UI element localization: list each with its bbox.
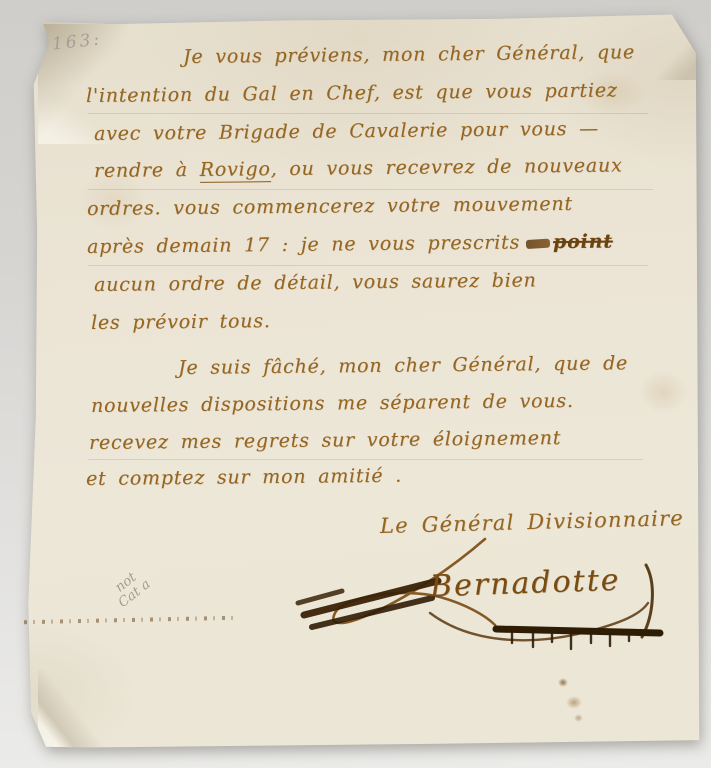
guide-line [88,113,648,114]
underlined-place-name: Rovigo [200,158,271,183]
folded-corner-crease [38,670,158,765]
line4-suffix: , ou vous recevrez de nouveaux [271,154,623,180]
letter-line-8: les prévoir tous. [91,310,271,334]
guide-line [88,189,653,190]
line4-prefix: rendre à [94,159,200,182]
signature-text: Bernadotte [429,563,621,605]
letter-line-12: et comptez sur mon amitié . [86,465,402,490]
foxing-stain [638,370,688,414]
letter-line-9: Je suis fâché, mon cher Général, que de [178,352,628,379]
ink-spot [558,678,568,687]
crossed-out-blot [526,238,551,248]
guide-line [88,459,643,460]
ink-spot [566,696,582,709]
clipped-corner-shade [640,22,696,80]
letter-line-7: aucun ordre de détail, vous saurez bien [94,269,537,296]
struck-word: point [553,230,613,253]
guide-line [88,265,648,266]
photo-of-letter: Je vous préviens, mon cher Général, que … [0,0,711,768]
ink-spot [574,714,583,722]
line6-prefix: après demain 17 : je ne vous prescrits [87,231,520,258]
